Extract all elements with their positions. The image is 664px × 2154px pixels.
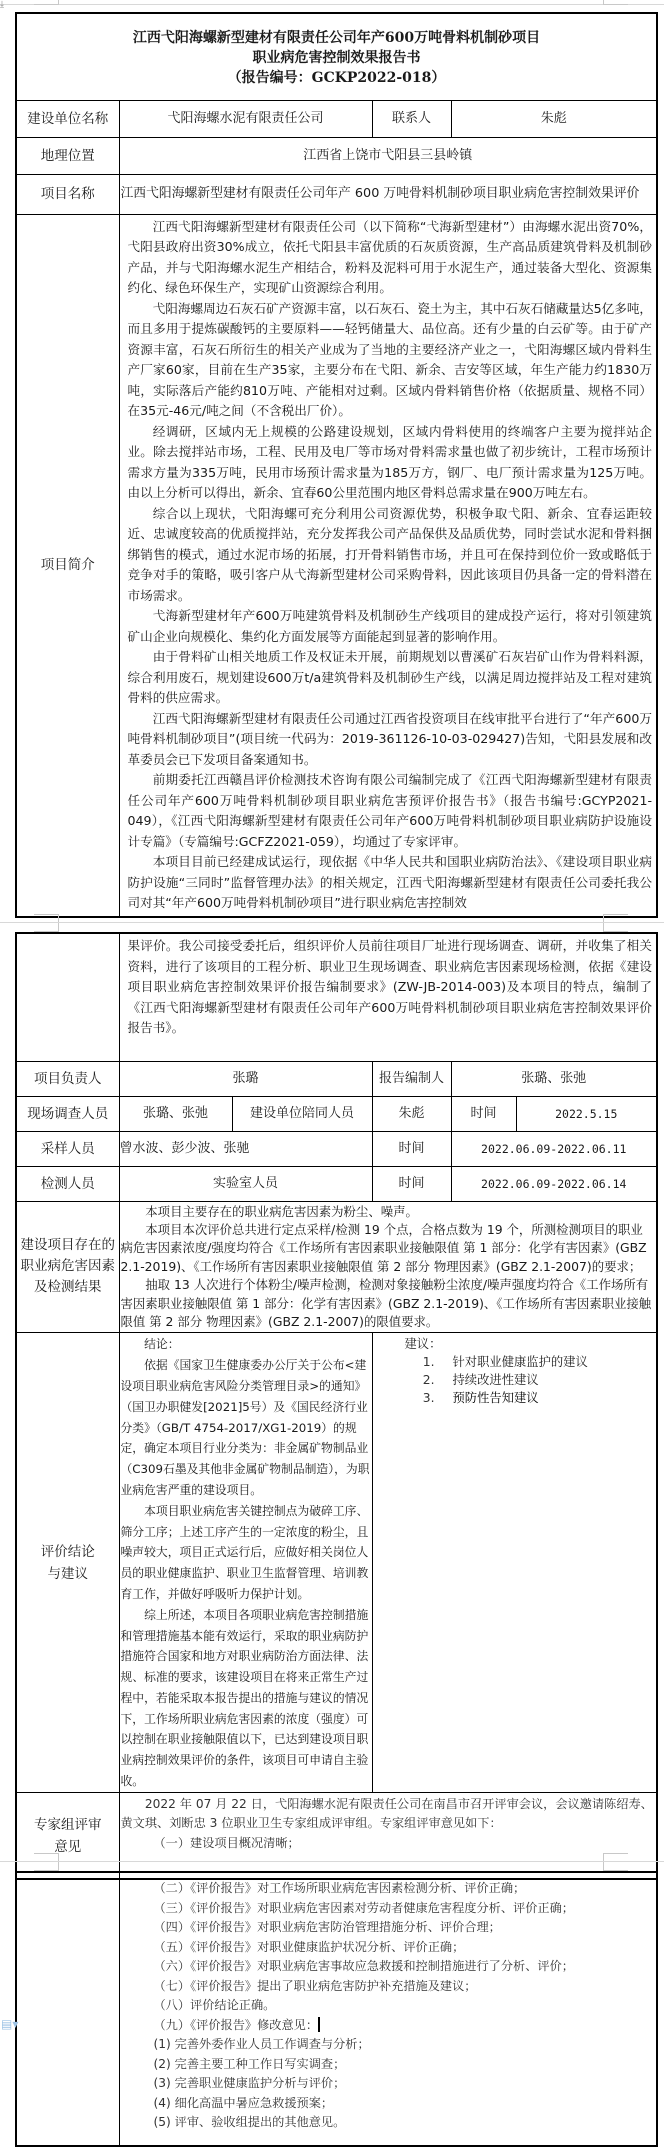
recommendation-number: 2.: [417, 1371, 435, 1389]
intro-paragraph: 江西弋阳海螺新型建材有限责任公司通过江西省投资项目在线审批平台进行了“年产600…: [128, 709, 653, 771]
revision-item: (5) 评审、验收组提出的其他意见。: [121, 2113, 656, 2133]
testing-label: 检测人员: [16, 1166, 119, 1201]
expert-review-item: （三）《评价报告》对职业病危害因素对劳动者健康危害程度分析、评价正确；: [121, 1899, 656, 1919]
intro-paragraph: 本项目目前已经建成试运行，现依据《中华人民共和国职业病防治法》、《建设项目职业病…: [128, 852, 653, 914]
intro-paragraph: 前期委托江西赣昌评价检测技术咨询有限公司编制完成了《江西弋阳海螺新型建材有限责任…: [128, 770, 653, 852]
conclusion-paragraph: 本项目职业病危害关键控制点为破碎工序、筛分工序；上述工序产生的一定浓度的粉尘，且…: [121, 1501, 371, 1605]
author-value: 张璐、张弛: [451, 1061, 657, 1096]
intro-paragraph: 由于骨料矿山相关地质工作及权证未开展，前期规划以曹溪矿石灰岩矿山作为骨料料源，综…: [128, 647, 653, 709]
survey-time-label: 时间: [451, 1096, 516, 1131]
expert-review-item: （四）《评价报告》对职业病危害防治管理措施分析、评价合理；: [121, 1918, 656, 1938]
page-break: [0, 922, 664, 923]
lead-value: 张璐: [119, 1061, 372, 1096]
report-number: （报告编号：GCKP2022-018）: [17, 68, 656, 88]
page-corner-mark: [34, 0, 59, 5]
sampling-value: 曾水波、彭少波、张驰: [119, 1131, 372, 1166]
expert-review-body: 2022 年 07 月 22 日，弋阳海螺水泥有限责任公司在南昌市召开评审会议，…: [119, 1792, 657, 1879]
intro-paragraph: 弋阳海螺周边石灰石矿产资源丰富，以石灰石、瓷土为主，其中石灰石储藏量达5亿多吨，…: [128, 299, 653, 422]
testing-time-value: 2022.06.09-2022.06.14: [451, 1166, 657, 1201]
location-value: 江西省上饶市弋阳县三县岭镇: [119, 137, 657, 174]
hazards-label: 建设项目存在的职业病危害因素及检测结果: [16, 1201, 119, 1333]
intro-body: 江西弋阳海螺新型建材有限责任公司（以下简称“弋海新型建材”）由海螺水泥出资70%…: [119, 214, 657, 917]
report-title: 江西弋阳海螺新型建材有限责任公司年产600万吨骨料机制砂项目 职业病危害控制效果…: [16, 13, 657, 100]
text-cursor: [318, 2017, 320, 2032]
recommendation-number: 3.: [417, 1389, 435, 1407]
conclusion-heading: 结论：: [121, 1334, 371, 1355]
project-name-label: 项目名称: [16, 174, 119, 214]
page-corner-mark: [34, 923, 59, 932]
evaluation-label-line-1: 评价结论: [19, 1541, 117, 1563]
expert-review-item: （八）评价结论正确。: [121, 1996, 656, 2016]
intro-continuation: 果评价。我公司接受委托后，组织评价人员前往项目厂址进行现场调查、调研，并收集了相…: [128, 936, 653, 1039]
revision-item: (2) 完善主要工种工作日写实调查；: [121, 2055, 656, 2075]
revision-item: (1) 完善外委作业人员工作调查与分析；: [121, 2035, 656, 2055]
expert-review-label-continued: [16, 1872, 119, 2146]
evaluation-recommendations: 建议： 1. 针对职业健康监护的建议 2. 持续改进性建议 3. 预防性告知建议: [372, 1333, 657, 1793]
intro-paragraph: 综合以上现状，弋阳海螺可充分利用公司资源优势，积极争取弋阳、新余、宜春运距较近、…: [128, 504, 653, 607]
expert-review-item: （一）建设项目概况清晰；: [121, 1834, 656, 1854]
project-name-value: 江西弋阳海螺新型建材有限责任公司年产 600 万吨骨料机制砂项目职业病危害控制效…: [119, 174, 657, 214]
recommendation-heading: 建议：: [377, 1335, 653, 1353]
recommendation-item: 2. 持续改进性建议: [377, 1371, 653, 1389]
recommendation-text: 持续改进性建议: [453, 1371, 539, 1389]
survey-time-value: 2022.5.15: [516, 1096, 657, 1131]
conclusion-paragraph: 依据《国家卫生健康委办公厅关于公布<建设项目职业病危害风险分类管理目录>的通知》…: [121, 1355, 371, 1501]
testing-time-label: 时间: [372, 1166, 451, 1201]
company-label: 建设单位名称: [16, 100, 119, 137]
paragraph-anchor-icon: ⤓: [0, 0, 4, 10]
page-top-edge: [0, 4, 664, 5]
intro-paragraph: 江西弋阳海螺新型建材有限责任公司（以下简称“弋海新型建材”）由海螺水泥出资70%…: [128, 217, 653, 299]
expert-review-item: （七）《评价报告》提出了职业病危害防护补充措施及建议；: [121, 1977, 656, 1997]
expert-review-item: （二）《评价报告》对工作场所职业病危害因素检测分析、评价正确；: [121, 1879, 656, 1899]
page-corner-mark: [603, 0, 628, 5]
company-value: 弋阳海螺水泥有限责任公司: [119, 100, 372, 137]
intro-paragraph: 弋海新型建材年产600万吨建筑骨料及机制砂生产线项目的建成投产运行，将对引领建筑…: [128, 606, 653, 647]
sampling-time-value: 2022.06.09-2022.06.11: [451, 1131, 657, 1166]
intro-label: 项目简介: [16, 214, 119, 917]
revision-item: (3) 完善职业健康监护分析与评价；: [121, 2074, 656, 2094]
accompany-value: 朱彪: [372, 1096, 451, 1131]
sampling-time-label: 时间: [372, 1131, 451, 1166]
page-corner-mark: [603, 1862, 628, 1871]
expert-review-item[interactable]: （九）《评价报告》修改意见：: [121, 2016, 656, 2036]
hazards-paragraph: 本项目本次评价总共进行定点采样/检测 19 个点，合格点数为 19 个，所测检测…: [121, 1221, 656, 1276]
page-break: [0, 1861, 664, 1862]
contact-value: 朱彪: [451, 100, 657, 137]
evaluation-conclusion: 结论： 依据《国家卫生健康委办公厅关于公布<建设项目职业病危害风险分类管理目录>…: [119, 1333, 372, 1793]
recommendation-text: 针对职业健康监护的建议: [453, 1353, 588, 1371]
testing-value: 实验室人员: [119, 1166, 372, 1201]
expert-review-item-text: （九）《评价报告》修改意见：: [154, 2018, 319, 2032]
report-table-page-1: 江西弋阳海螺新型建材有限责任公司年产600万吨骨料机制砂项目 职业病危害控制效果…: [15, 12, 658, 918]
recommendation-item: 1. 针对职业健康监护的建议: [377, 1353, 653, 1371]
intro-label-continued: [16, 933, 119, 1061]
recommendation-text: 预防性告知建议: [453, 1389, 539, 1407]
accompany-label: 建设单位陪同人员: [232, 1096, 372, 1131]
evaluation-label-line-2: 与建议: [19, 1563, 117, 1585]
recommendation-number: 1.: [417, 1353, 435, 1371]
page-corner-mark: [34, 1862, 59, 1871]
intro-body-continued: 果评价。我公司接受委托后，组织评价人员前往项目厂址进行现场调查、调研，并收集了相…: [119, 933, 657, 1061]
report-table-page-3: （二）《评价报告》对工作场所职业病危害因素检测分析、评价正确； （三）《评价报告…: [15, 1871, 658, 2147]
expert-review-item: （六）《评价报告》对职业病危害事故应急救援和控制措施进行了分析、评价；: [121, 1957, 656, 1977]
expert-review-intro: 2022 年 07 月 22 日，弋阳海螺水泥有限责任公司在南昌市召开评审会议，…: [121, 1795, 656, 1834]
sampling-label: 采样人员: [16, 1131, 119, 1166]
survey-label: 现场调查人员: [16, 1096, 119, 1131]
title-line-1: 江西弋阳海螺新型建材有限责任公司年产600万吨骨料机制砂项目: [17, 28, 656, 48]
contact-label: 联系人: [372, 100, 451, 137]
revision-item: (4) 细化高温中暑应急救援预案；: [121, 2094, 656, 2114]
expert-label-line-1: 专家组评审: [19, 1814, 117, 1836]
report-table-page-2: 果评价。我公司接受委托后，组织评价人员前往项目厂址进行现场调查、调研，并收集了相…: [15, 932, 658, 1880]
evaluation-label: 评价结论 与建议: [16, 1333, 119, 1793]
lead-label: 项目负责人: [16, 1061, 119, 1096]
hazards-body: 本项目主要存在的职业病危害因素为粉尘、噪声。 本项目本次评价总共进行定点采样/检…: [119, 1201, 657, 1333]
recommendation-item: 3. 预防性告知建议: [377, 1389, 653, 1407]
expert-review-body-continued: （二）《评价报告》对工作场所职业病危害因素检测分析、评价正确； （三）《评价报告…: [119, 1872, 657, 2146]
intro-paragraph: 经调研，区域内无上规模的公路建设规划，区域内骨料使用的终端客户主要为搅拌站企业。…: [128, 422, 653, 504]
paste-options-icon[interactable]: ▤▾: [1, 2017, 18, 2031]
hazards-paragraph: 抽取 13 人次进行个体粉尘/噪声检测，检测对象接触粉尘浓度/噪声强度均符合《工…: [121, 1276, 656, 1331]
survey-value: 张璐、张弛: [119, 1096, 232, 1131]
location-label: 地理位置: [16, 137, 119, 174]
hazards-paragraph: 本项目主要存在的职业病危害因素为粉尘、噪声。: [121, 1203, 656, 1221]
expert-review-label: 专家组评审 意见: [16, 1792, 119, 1879]
conclusion-paragraph: 综上所述，本项目各项职业病危害控制措施和管理措施基本能有效运行，采取的职业病防护…: [121, 1605, 371, 1792]
page-corner-mark: [603, 923, 628, 932]
author-label: 报告编制人: [372, 1061, 451, 1096]
expert-review-item: （五）《评价报告》对职业健康监护状况分析、评价正确；: [121, 1938, 656, 1958]
title-line-2: 职业病危害控制效果报告书: [17, 48, 656, 68]
